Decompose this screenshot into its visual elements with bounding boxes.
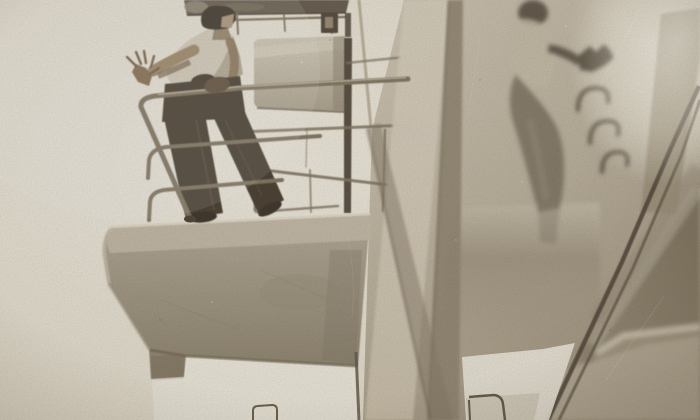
photo-frame	[0, 0, 700, 420]
vignette	[0, 0, 700, 420]
photograph	[0, 0, 700, 420]
